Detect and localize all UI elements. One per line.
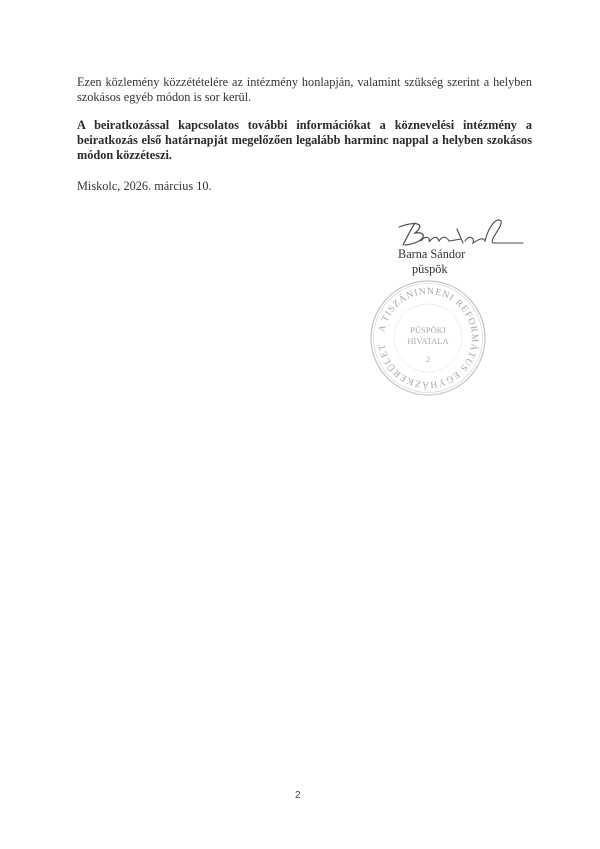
official-seal-icon: A TISZÁNINNENI REFORMÁTUS EGYHÁZKERÜLET …: [368, 278, 488, 398]
stamp-center-line2: HIVATALA: [407, 336, 449, 346]
signer-title: püspök: [412, 262, 448, 277]
publication-notice-paragraph: Ezen közlemény közzétételére az intézmén…: [77, 75, 532, 105]
signer-name: Barna Sándor: [398, 247, 465, 262]
place-and-date: Miskolc, 2026. március 10.: [77, 179, 532, 194]
document-page: Ezen közlemény közzétételére az intézmén…: [0, 0, 600, 849]
page-number: 2: [295, 790, 301, 801]
stamp-center-number: 2: [426, 355, 430, 364]
enrollment-info-paragraph: A beiratkozással kapcsolatos további inf…: [77, 118, 532, 163]
stamp-center-line1: PÜSPÖKI: [410, 325, 446, 335]
